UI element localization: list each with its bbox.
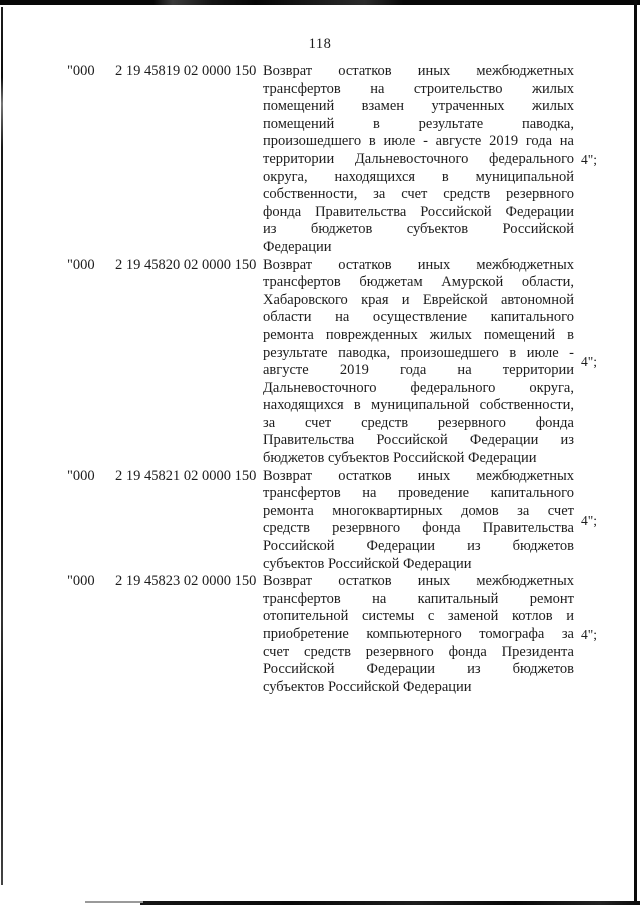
entry-footnote-quote-marker: 4"; (581, 151, 597, 169)
entry-description-line: ремонта многоквартирных домов за счет (263, 503, 574, 521)
entry-description-line: Российской Федерации из бюджетов (263, 538, 574, 556)
entry-description-line: Дальневосточного федерального округа, (263, 380, 574, 398)
scan-edge-left (1, 7, 3, 885)
entry-description-line: Российской Федерации из бюджетов (263, 661, 574, 679)
entry-open-quote-code: "000 (67, 468, 115, 574)
entry-classification-code: 2 19 45819 02 0000 150 (115, 63, 263, 257)
scan-edge-bottom-faint (85, 901, 143, 903)
entry-description: Возврат остатков иных межбюджетныхтрансф… (263, 468, 574, 574)
entry-description-line: произошедшего в июле - августе 2019 года… (263, 133, 574, 151)
entry-description-line: средств резервного фонда Правительства (263, 520, 574, 538)
entry-description-line: округа, находящихся в муниципальной (263, 169, 574, 187)
entry-classification-code: 2 19 45823 02 0000 150 (115, 573, 263, 696)
scan-edge-top (0, 0, 640, 5)
entry-open-quote-code: "000 (67, 63, 115, 257)
entry-description-line: Возврат остатков иных межбюджетных (263, 257, 574, 275)
entry-description-line: из бюджетов субъектов Российской (263, 221, 574, 239)
entry-description-line: Федерации (263, 239, 574, 257)
entry-open-quote-code: "000 (67, 573, 115, 696)
entry-classification-code: 2 19 45821 02 0000 150 (115, 468, 263, 574)
entry-description-line: субъектов Российской Федерации (263, 679, 574, 697)
entry-description-line: ремонта поврежденных жилых помещений в (263, 327, 574, 345)
entry-description-line: счет средств резервного фонда Президента (263, 644, 574, 662)
entry-description-line: субъектов Российской Федерации (263, 556, 574, 574)
entry-footnote-quote-marker: 4"; (581, 512, 597, 530)
entry-description-line: за счет средств резервного фонда (263, 415, 574, 433)
entry-description-line: трансфертов на капитальный ремонт (263, 591, 574, 609)
entry-description-line: Правительства Российской Федерации из (263, 432, 574, 450)
entry-description-line: августе 2019 года на территории (263, 362, 574, 380)
entry-description-line: Возврат остатков иных межбюджетных (263, 63, 574, 81)
entry-open-quote-code: "000 (67, 257, 115, 468)
entry-description-line: Возврат остатков иных межбюджетных (263, 468, 574, 486)
entry-description-line: отопительной системы с заменой котлов и (263, 608, 574, 626)
entry-description: Возврат остатков иных межбюджетныхтрансф… (263, 63, 574, 257)
entry-description-line: области на осуществление капитального (263, 309, 574, 327)
budget-entry-row: "000 2 19 45820 02 0000 150 Возврат оста… (67, 257, 615, 468)
entry-description-line: Возврат остатков иных межбюджетных (263, 573, 574, 591)
entry-description-line: приобретение компьютерного томографа за (263, 626, 574, 644)
entry-description-line: трансфертов на проведение капитального (263, 485, 574, 503)
entry-description: Возврат остатков иных межбюджетныхтрансф… (263, 573, 574, 696)
entry-description-line: фонда Правительства Российской Федерации (263, 204, 574, 222)
entry-footnote-quote-marker: 4"; (581, 353, 597, 371)
entry-classification-code: 2 19 45820 02 0000 150 (115, 257, 263, 468)
entry-description-line: помещений взамен утраченных жилых (263, 98, 574, 116)
scan-edge-bottom (140, 901, 640, 905)
entry-description-line: Хабаровского края и Еврейской автономной (263, 292, 574, 310)
budget-entry-row: "000 2 19 45823 02 0000 150 Возврат оста… (67, 573, 615, 696)
entry-description: Возврат остатков иных межбюджетныхтрансф… (263, 257, 574, 468)
entry-description-line: результате паводка, произошедшего в июле… (263, 345, 574, 363)
budget-entry-row: "000 2 19 45819 02 0000 150 Возврат оста… (67, 63, 615, 257)
entry-description-line: находящихся в муниципальной собственност… (263, 397, 574, 415)
scan-edge-right (634, 0, 637, 905)
scanned-document-page: { "page": { "number": "118" }, "entries"… (0, 0, 640, 905)
entry-description-line: трансфертов бюджетам Амурской области, (263, 274, 574, 292)
entry-description-line: собственности, за счет средств резервног… (263, 186, 574, 204)
entry-description-line: территории Дальневосточного федерального (263, 151, 574, 169)
page-number: 118 (0, 36, 640, 53)
entry-description-line: бюджетов субъектов Российской Федерации (263, 450, 574, 468)
entry-description-line: помещений в результате паводка, (263, 116, 574, 134)
entry-footnote-quote-marker: 4"; (581, 626, 597, 644)
entry-description-line: трансфертов на строительство жилых (263, 81, 574, 99)
budget-entry-row: "000 2 19 45821 02 0000 150 Возврат оста… (67, 468, 615, 574)
budget-code-entries: "000 2 19 45819 02 0000 150 Возврат оста… (67, 63, 615, 696)
